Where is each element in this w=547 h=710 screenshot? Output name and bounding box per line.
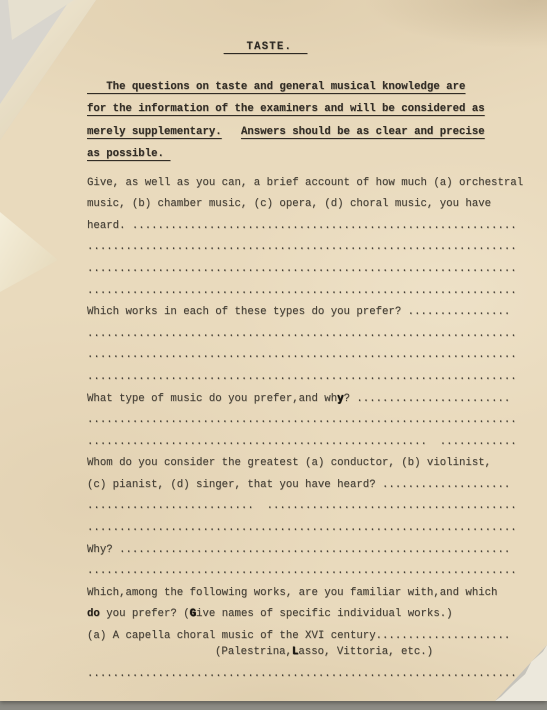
scan-backdrop: TASTE. The questions on taste and genera… (0, 0, 547, 710)
intro-line-3-part-b: Answers should be as clear and precise (241, 126, 485, 138)
question-3-dots: ? ........................ (344, 393, 511, 405)
overstruck-word-do: do (87, 608, 100, 620)
answer-dots-line: ........................................… (87, 324, 529, 346)
question-6-text-b: ive names of specific individual works.) (196, 608, 453, 620)
questions-section: Give, as well as you can, a brief accoun… (87, 173, 529, 686)
question-1-line-3-dots: heard. .................................… (87, 216, 529, 238)
composer-note-text-a: (Palestrina, (215, 646, 292, 658)
intro-line-3-gap (222, 126, 241, 138)
intro-line-2-text: for the information of the examiners and… (87, 103, 485, 115)
question-1-line-2: music, (b) chamber music, (c) opera, (d)… (87, 194, 529, 216)
question-2-line: Which works in each of these types do yo… (87, 302, 529, 324)
question-6-line-2: do you prefer? (Give names of specific i… (87, 604, 529, 626)
answer-dots-line: ........................................… (87, 345, 529, 367)
question-6-line-1: Which,among the following works, are you… (87, 583, 529, 605)
question-3-text: What type of music do you prefer,and wh (87, 393, 337, 405)
answer-dots-line: .......................... .............… (87, 496, 529, 518)
intro-line-4-text: as possible. (87, 148, 170, 160)
page-title: TASTE. (224, 41, 308, 53)
question-1-line-1: Give, as well as you can, a brief accoun… (87, 173, 529, 195)
intro-line-1: The questions on taste and general music… (87, 76, 529, 98)
intro-paragraph: The questions on taste and general music… (87, 76, 529, 166)
answer-dots-line: ........................................… (87, 259, 529, 281)
document-page: TASTE. The questions on taste and genera… (0, 0, 547, 701)
answer-dots-line: ........................................… (87, 432, 529, 454)
answer-dots-line: ........................................… (87, 367, 529, 389)
intro-line-1-text: The questions on taste and general music… (87, 81, 465, 93)
answer-dots-line: ........................................… (87, 237, 529, 259)
question-5-line: Why? ...................................… (87, 540, 529, 562)
answer-dots-line: ........................................… (87, 561, 529, 583)
answer-dots-line: ........................................… (87, 410, 529, 432)
question-4-line-1: Whom do you consider the greatest (a) co… (87, 453, 529, 475)
composer-note-text-b: asso, Vittoria, etc.) (298, 646, 433, 658)
page-content: The questions on taste and general music… (0, 76, 547, 685)
intro-line-3-part-a: merely supplementary. (87, 126, 222, 138)
answer-dots-line: ........................................… (87, 664, 529, 686)
question-3-line: What type of music do you prefer,and why… (87, 389, 529, 411)
title-row: TASTE. (0, 36, 539, 58)
intro-line-4: as possible. (87, 143, 529, 165)
intro-line-3: merely supplementary. Answers should be … (87, 121, 529, 143)
question-6-text-a: you prefer? ( (100, 608, 190, 620)
question-4-line-2: (c) pianist, (d) singer, that you have h… (87, 475, 529, 497)
intro-line-2: for the information of the examiners and… (87, 98, 529, 120)
answer-dots-line: ........................................… (87, 281, 529, 303)
answer-dots-line: ........................................… (87, 518, 529, 540)
